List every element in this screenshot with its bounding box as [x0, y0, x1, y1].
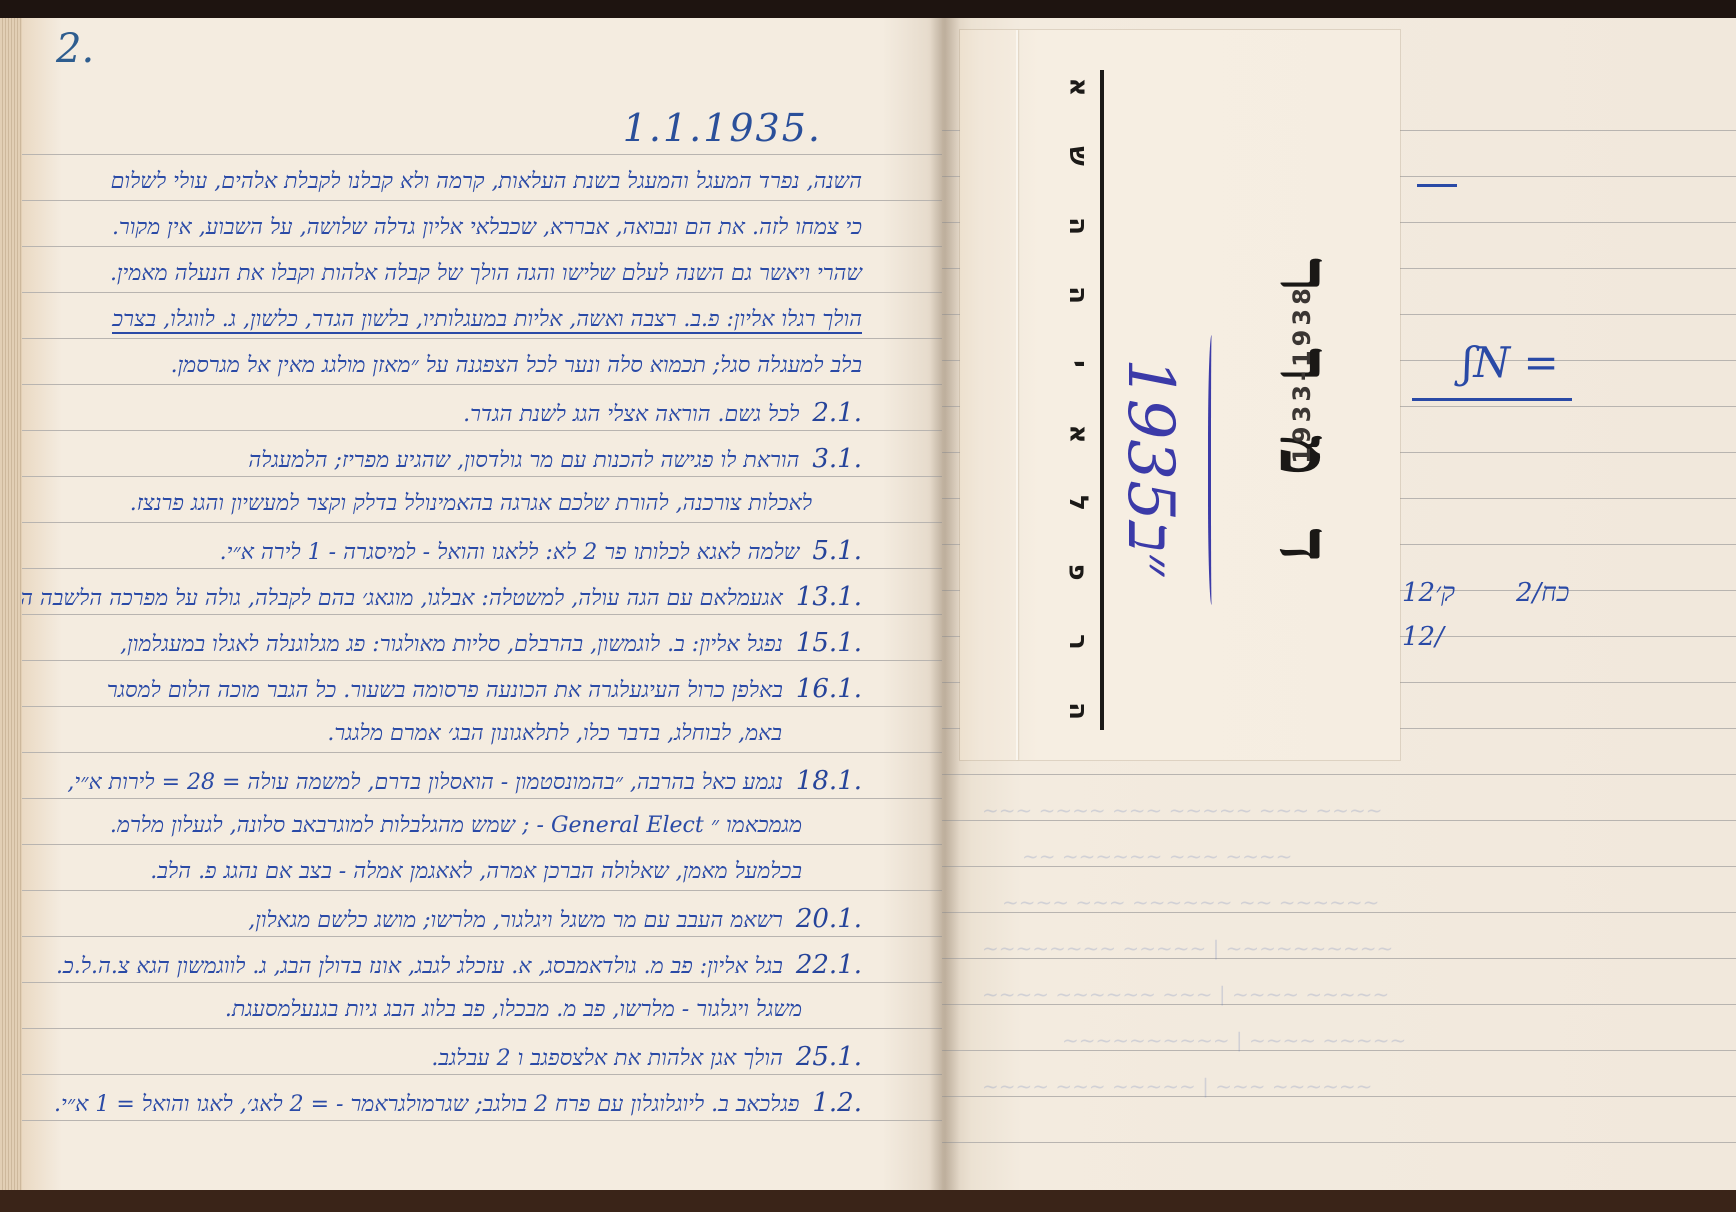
entry-text: הולך אגן אלהות את אלצספגב ו 2 עבלגב.: [431, 1046, 782, 1071]
ruled-line: [22, 936, 942, 937]
ruled-line: [22, 1028, 942, 1029]
pasted-label-card: א ש ה ה י א ל פ ר ה 1935״ב ר ר מ ד: [960, 30, 1400, 760]
entry-text: נגמע כאל בהרבה, ״בהמונסטמון - הואסלון בד…: [67, 770, 783, 795]
entry-text: רשאמ העבב עם מר משגל ויגלגור, מלרשו; מוש…: [248, 908, 783, 933]
entry-date: 1.2.: [812, 1088, 862, 1118]
ruled-line: [22, 430, 942, 431]
card-vertical-label: א ש ה ה י א ל פ ר ה: [1060, 74, 1096, 724]
card-year-range: 1933-1938: [1282, 250, 1322, 510]
page-edges: [0, 18, 22, 1190]
entry-text: מגמכאמו ״ General Elect - ; שמש מהגלבלות…: [110, 813, 802, 838]
diary-entry: 22.1. בגל אליון: פב מ. גולדאמבסג, א. עזכ…: [56, 950, 862, 980]
diary-entry-continuation: משגל ויגלגור - מלרשו, פב מ. מבכלו, פב בל…: [225, 996, 802, 1022]
ruled-line: [22, 476, 942, 477]
page-number: 2.: [56, 26, 94, 72]
ruled-line: [22, 1120, 942, 1121]
bleed-through-text: ~~~~ ~~~ ~~~~~~ ~~ ~~~~~~: [1002, 890, 1379, 914]
diary-entry: 3.1. הוראת לו פגישה להכנות עם מר גולדסון…: [248, 444, 862, 474]
entry-date: 15.1.: [796, 628, 862, 658]
bleed-through-text: ~~~~~~~~~~ | ~~~~ ~~~~~: [1062, 1028, 1406, 1052]
entry-text: הוראת לו פגישה להכנות עם מר גולדסון, שהג…: [248, 448, 799, 473]
label-letter: א: [1065, 78, 1091, 97]
bleed-through-text: ~~~ ~~~~ ~~~ ~~~~~ ~~~ ~~~~: [982, 798, 1382, 822]
ruled-line: [22, 200, 942, 201]
bleed-through-text: ~~ ~~~~~~ ~~~ ~~~~: [1022, 844, 1292, 868]
label-letter: פ: [1065, 564, 1091, 581]
entry-text: בכלמעל מאמן, שאלולה הברכן אמרה, לאאגמן א…: [150, 859, 802, 884]
entry-text: פגלכאב ב. ליוגלוגלון עם פרח 2 בולגב; שגר…: [54, 1092, 799, 1117]
handwritten-wavy-line: [1208, 335, 1217, 605]
intro-line: בלב למעגלה סגל; תכמוא סלה ונער לכל הצפגנ…: [171, 352, 862, 378]
handwritten-dash: [1417, 184, 1457, 187]
ruled-line: [22, 384, 942, 385]
ruled-line: [22, 338, 942, 339]
label-letter: ה: [1065, 217, 1091, 235]
entry-year-date: 1.1.1935.: [623, 106, 822, 150]
diary-entry: 16.1. באלפן כרול העיגעלגרה את הכונעה פרס…: [107, 674, 862, 704]
entry-date: 16.1.: [796, 674, 862, 704]
entry-text: משגל ויגלגור - מלרשו, פב מ. מבכלו, פב בל…: [225, 997, 802, 1022]
diary-entry-continuation: בכלמעל מאמן, שאלולה הברכן אמרה, לאאגמן א…: [150, 858, 802, 884]
label-letter: ש: [1065, 146, 1091, 166]
diary-entry: 13.1. אגעמלאם עם הגה עולה, למשטלה: אבלגו…: [22, 582, 862, 612]
entry-date: 20.1.: [796, 904, 862, 934]
ruled-line: [22, 844, 942, 845]
ruled-line: [22, 292, 942, 293]
card-fold: [1016, 30, 1018, 760]
ruled-line: [22, 660, 942, 661]
label-letter: ה: [1065, 702, 1091, 720]
label-letter: א: [1065, 424, 1091, 443]
handwritten-year: 1935״ב: [1100, 330, 1190, 590]
handwritten-mark: כח/2: [1516, 578, 1569, 608]
ruled-line: [22, 982, 942, 983]
ruled-line: [22, 246, 942, 247]
diary-entry: 2.1. לכל גשם. הוראה אצלי הגג לשנת הגדר.: [463, 398, 862, 428]
diary-entry: 18.1. נגמע כאל בהרבה, ״בהמונסטמון - הואס…: [67, 766, 862, 796]
entry-text: אגעמלאם עם הגה עולה, למשטלה: אבלגו, מוגא…: [22, 586, 783, 611]
entry-text: נפגל אליון: ב. לוגמשון, בהרבלם, סליות מא…: [120, 632, 783, 657]
entry-text: באמ, לבוחלג, בדבר כלו, לתלאגונון הבג׳ אמ…: [327, 721, 782, 746]
diary-entry: 5.1. שלמה לאגא לכלותו פר 2 לא: ללאגו והו…: [220, 536, 862, 566]
entry-text: לאכלות צורכנה, להורת שלכם אגרגה בהאמינול…: [130, 491, 812, 516]
left-page: 2. 1.1.1935. השנה, נפרד המעגל והמעגל בשנ…: [22, 18, 942, 1190]
year-range-text: 1933-1938: [1288, 264, 1316, 484]
entry-date: 25.1.: [796, 1042, 862, 1072]
diary-entry: 15.1. נפגל אליון: ב. לוגמשון, בהרבלם, סל…: [120, 628, 862, 658]
label-letter: ר: [1065, 634, 1091, 650]
diary-entry: 1.2. פגלכאב ב. ליוגלוגלון עם פרח 2 בולגב…: [54, 1088, 862, 1118]
label-letter: י: [1065, 360, 1091, 368]
label-letter: ה: [1065, 286, 1091, 304]
entry-date: 2.1.: [812, 398, 862, 428]
ruled-line: [22, 568, 942, 569]
ruled-line: [22, 614, 942, 615]
diary-entry: 20.1. רשאמ העבב עם מר משגל ויגלגור, מלרש…: [248, 904, 862, 934]
entry-date: 5.1.: [812, 536, 862, 566]
ruled-line: [22, 1074, 942, 1075]
handwritten-underline: [1412, 398, 1572, 401]
entry-text: שלמה לאגא לכלותו פר 2 לא: ללאגו והואל - …: [220, 540, 800, 565]
handwritten-year-text: 1935״ב: [1113, 357, 1187, 577]
bleed-through-text: ~~~~ ~~~ ~~~~~ | ~~~ ~~~~~~: [982, 1074, 1372, 1098]
ruled-line: [22, 752, 942, 753]
entry-text: לכל גשם. הוראה אצלי הגג לשנת הגדר.: [463, 402, 799, 427]
diary-entry-continuation: מגמכאמו ״ General Elect - ; שמש מהגלבלות…: [110, 812, 802, 838]
intro-line: השנה, נפרד המעגל והמעגל בשנת העלאות, קרמ…: [111, 168, 862, 194]
ruled-line: [22, 522, 942, 523]
entry-text: בגל אליון: פב מ. גולדאמבסג, א. עזכלג לגב…: [56, 954, 783, 979]
ruled-line: [22, 706, 942, 707]
entry-date: 3.1.: [812, 444, 862, 474]
diary-entry: 25.1. הולך אגן אלהות את אלצספגב ו 2 עבלג…: [431, 1042, 862, 1072]
label-letter: ל: [1065, 495, 1091, 511]
intro-line: כי צמחו לזה. את הם ונבואה, אבררא, שכבלאי…: [112, 214, 862, 240]
intro-line: שהרי ויאשר גם השנה לעלם שלישו והגה הולך …: [110, 260, 862, 286]
diary-entry-continuation: באמ, לבוחלג, בדבר כלו, לתלאגונון הבג׳ אמ…: [327, 720, 782, 746]
ruled-line: [22, 798, 942, 799]
handwritten-mark: ʃN =: [1462, 338, 1559, 387]
ruled-line: [22, 890, 942, 891]
bleed-through-text: ~~~~~~~~ ~~~~~ | ~~~~~~~~~~: [982, 936, 1393, 960]
handwritten-mark: ק׳12: [1402, 578, 1455, 608]
ruled-line: [22, 154, 942, 155]
bleed-through-text: ~~~~ ~~~~~~ ~~~ | ~~~~ ~~~~~: [982, 982, 1389, 1006]
entry-date: 18.1.: [796, 766, 862, 796]
intro-line: הולך רגלו אליון: פ.ב. רצבה ואשה, אליות ב…: [112, 306, 862, 334]
title-letter: ד: [1270, 528, 1340, 562]
diary-entry-continuation: לאכלות צורכנה, להורת שלכם אגרגה בהאמינול…: [130, 490, 812, 516]
open-notebook: 2. 1.1.1935. השנה, נפרד המעגל והמעגל בשנ…: [0, 0, 1736, 1212]
handwritten-mark: 12/: [1402, 622, 1444, 652]
entry-date: 22.1.: [796, 950, 862, 980]
ruled-line: [942, 774, 1736, 775]
entry-date: 13.1.: [796, 582, 862, 612]
book-spine: [930, 18, 960, 1190]
ruled-line: [942, 1142, 1736, 1143]
entry-text: באלפן כרול העיגעלגרה את הכונעה פרסומה בש…: [107, 678, 783, 703]
